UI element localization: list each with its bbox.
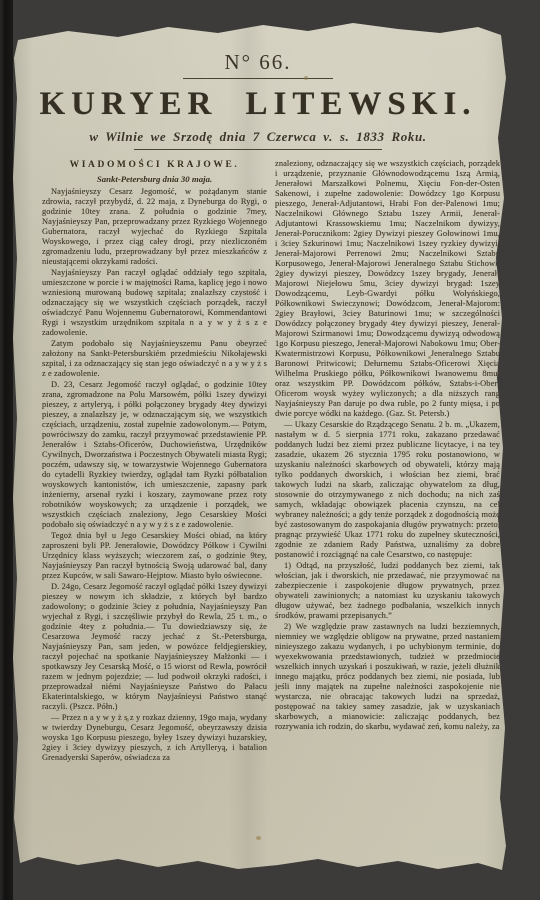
section-heading: WIADOMOŚCI KRAJOWE.: [42, 160, 267, 170]
masthead-dateline: w Wilnie we Srzodę dnia 7 Czerwca v. s. …: [8, 129, 508, 145]
body-paragraph: znaleziony, odznaczający się we wszystki…: [275, 159, 500, 419]
right-column: znaleziony, odznaczający się we wszystki…: [275, 159, 500, 782]
body-paragraph: D. 24go, Cesarz Jegomość raczył oglądać …: [42, 582, 267, 712]
scan-background: N° 66. KURYER LITEWSKI. w Wilnie we Srzo…: [0, 0, 540, 900]
paper-stain: [256, 836, 261, 840]
article-dateline: Sankt-Petersburg dnia 30 maja.: [42, 174, 267, 184]
masthead: N° 66. KURYER LITEWSKI. w Wilnie we Srzo…: [8, 18, 508, 150]
body-paragraph: D. 23, Cesarz Jegomość raczył oglądać, o…: [42, 380, 267, 530]
book-spine: [0, 0, 13, 900]
body-paragraph: Nayjaśnieyszy Pan raczył oglądać oddział…: [42, 268, 267, 338]
body-paragraph: — Przez n a y w y ż s z y rozkaz dzienny…: [42, 713, 267, 763]
body-paragraph: Zatym podobało się Nayjaśnieyszemu Panu …: [42, 339, 267, 379]
newspaper-title: KURYER LITEWSKI.: [8, 87, 508, 122]
article-columns: WIADOMOŚCI KRAJOWE. Sankt-Petersburg dni…: [8, 150, 508, 782]
body-paragraph: 2) We względzie praw zastawnych na ludzi…: [275, 622, 500, 732]
body-paragraph: Tegoż dnia był u Jego Cesarskiey Mości o…: [42, 531, 267, 581]
newspaper-page: N° 66. KURYER LITEWSKI. w Wilnie we Srzo…: [8, 18, 508, 884]
body-paragraph: 1) Odtąd, na przyszłość, ludzi poddanych…: [275, 561, 500, 621]
divider-rule: [183, 78, 333, 79]
left-column: WIADOMOŚCI KRAJOWE. Sankt-Petersburg dni…: [42, 159, 267, 782]
issue-number: N° 66.: [8, 50, 508, 75]
body-paragraph: — Ukazy Cesarskie do Rządzącego Senatu. …: [275, 420, 500, 560]
body-paragraph: Nayjaśnieyszy Cesarz Jegomość, w pożądan…: [42, 187, 267, 267]
